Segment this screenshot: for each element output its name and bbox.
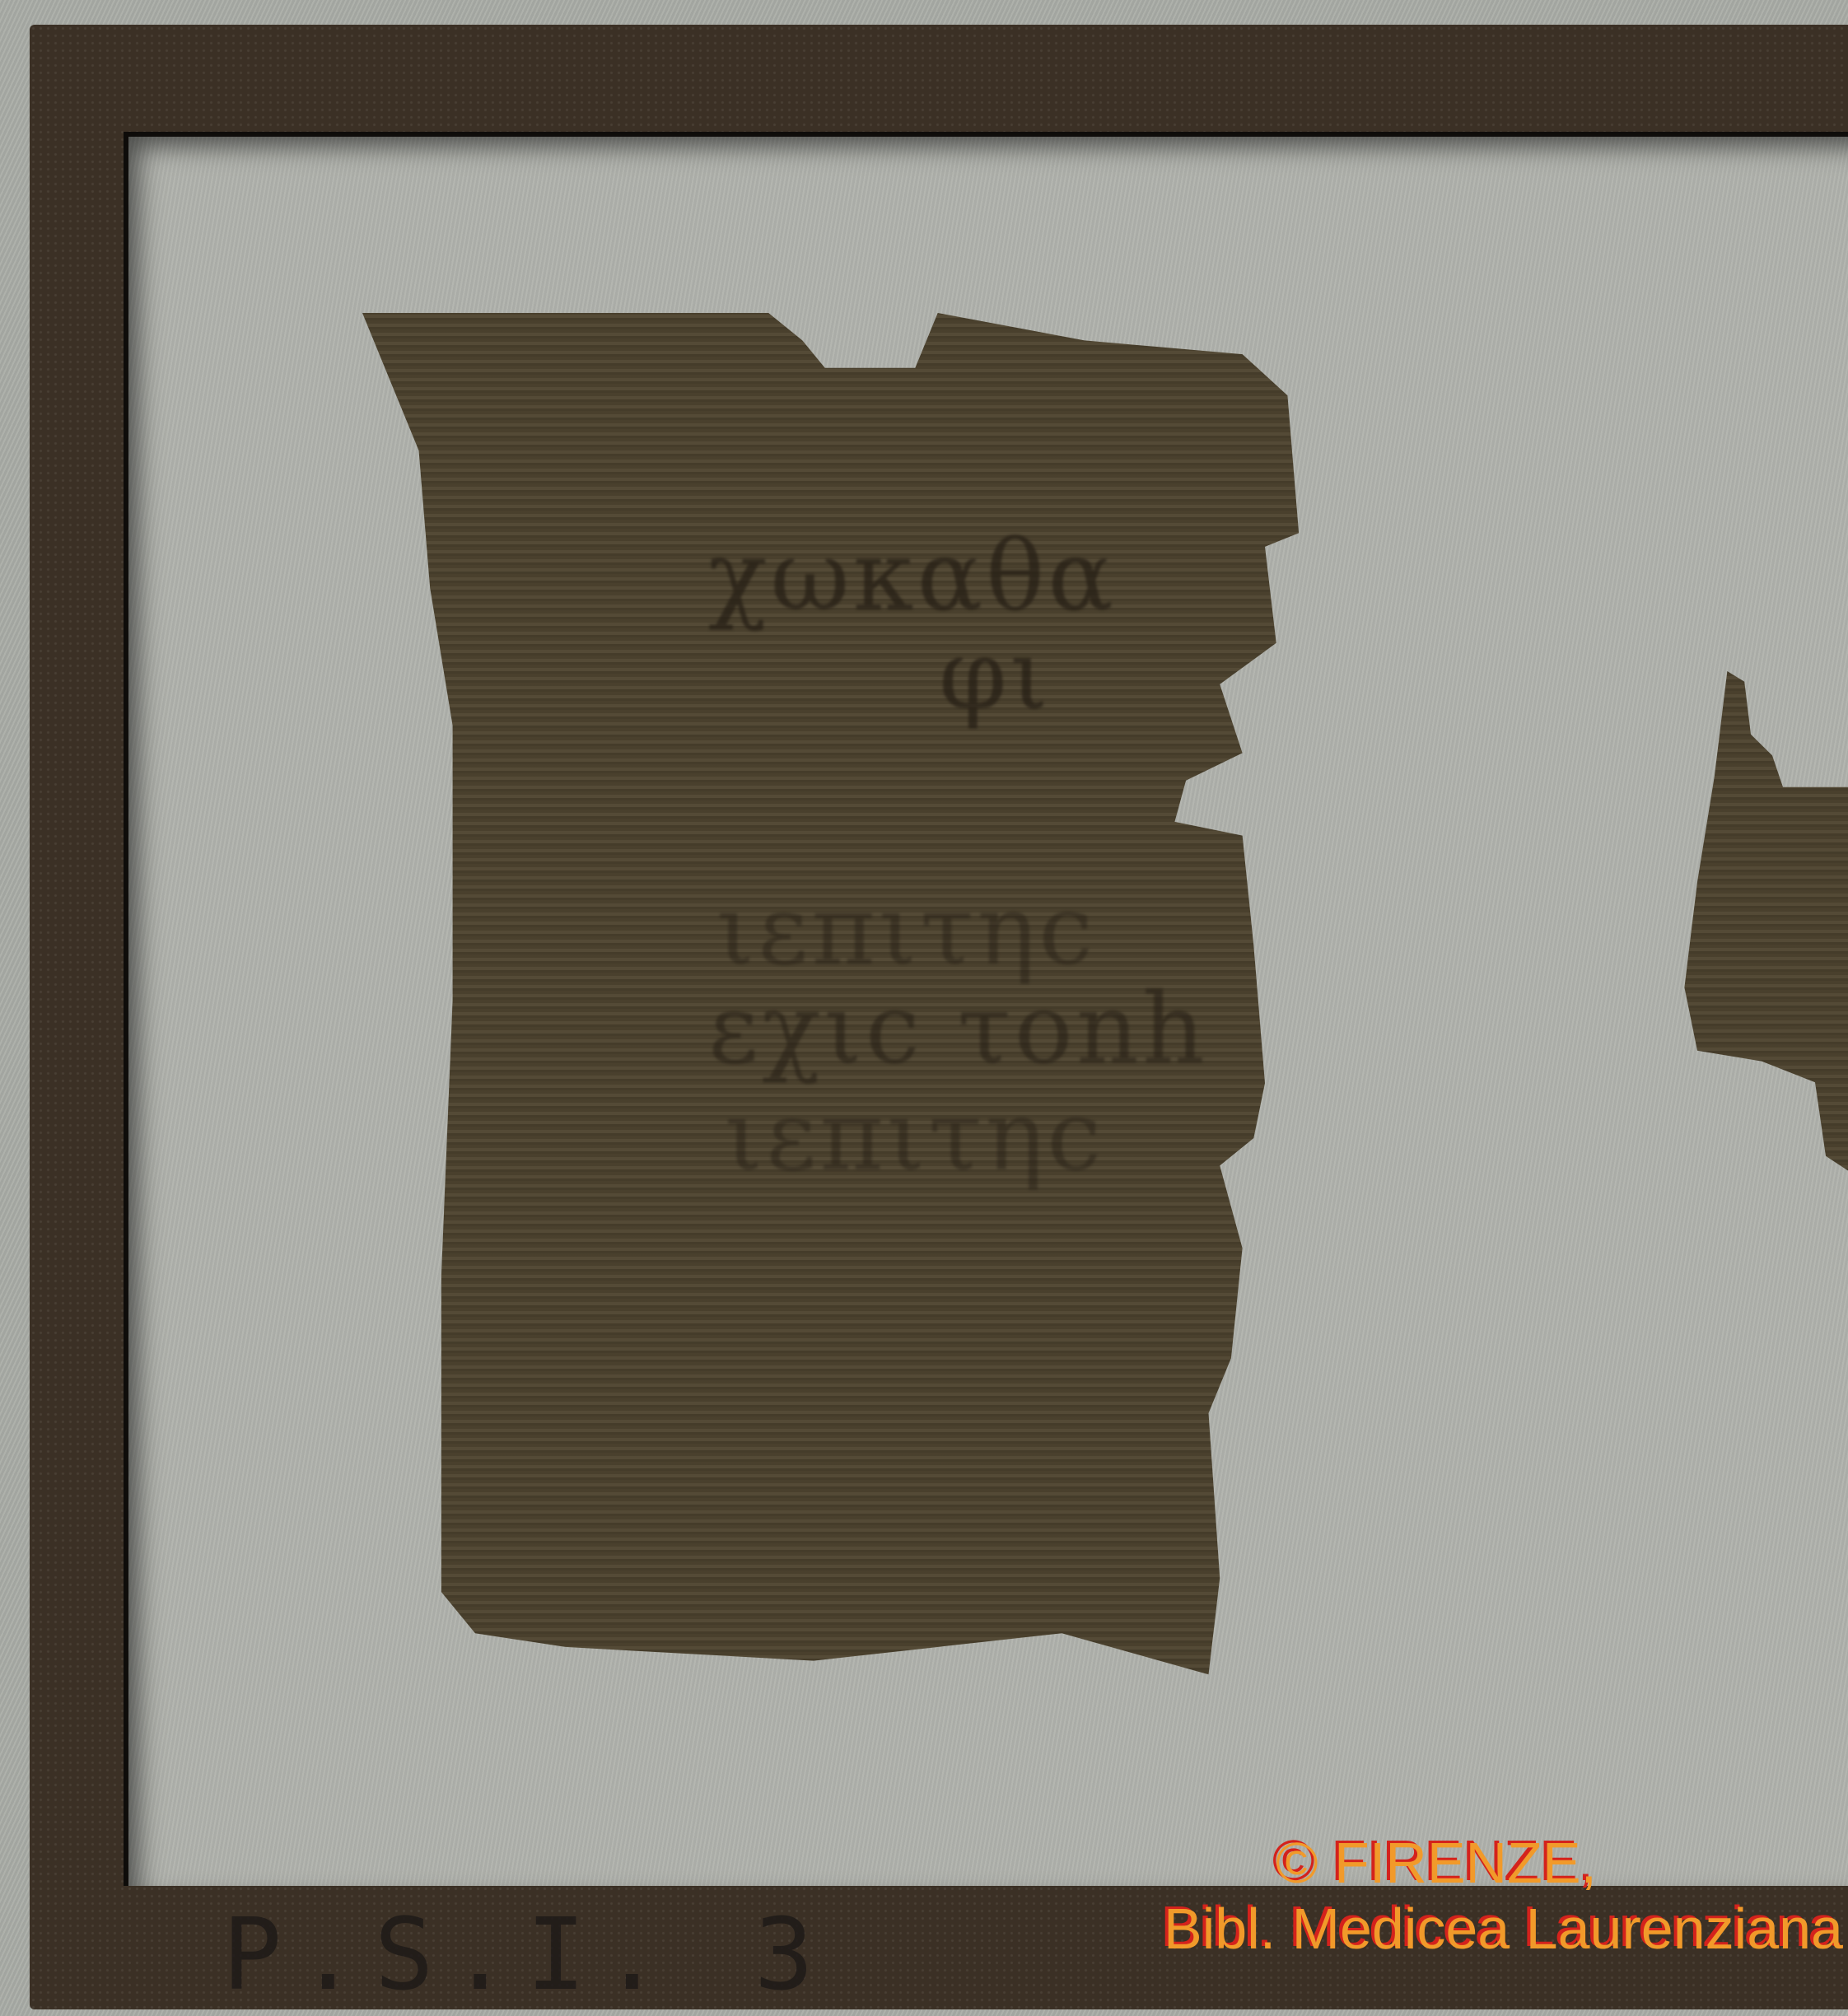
copyright-watermark: © FIRENZE, Bibl. Medicea Laurenziana bbox=[1024, 1830, 1848, 1962]
ink-text-line: χωκαθα bbox=[708, 519, 1117, 632]
ink-text-line: ιεπιτηc bbox=[725, 1079, 1104, 1192]
ink-text-line: φι bbox=[939, 618, 1052, 731]
ink-text-line: εχιc τοnh bbox=[708, 972, 1208, 1085]
inventory-label: P.S.I. 3 bbox=[222, 1898, 830, 2013]
watermark-line2: Bibl. Medicea Laurenziana bbox=[1024, 1896, 1848, 1962]
ink-text-line: ιεπιτηc bbox=[716, 873, 1096, 987]
watermark-line1: © FIRENZE, bbox=[1024, 1830, 1848, 1896]
